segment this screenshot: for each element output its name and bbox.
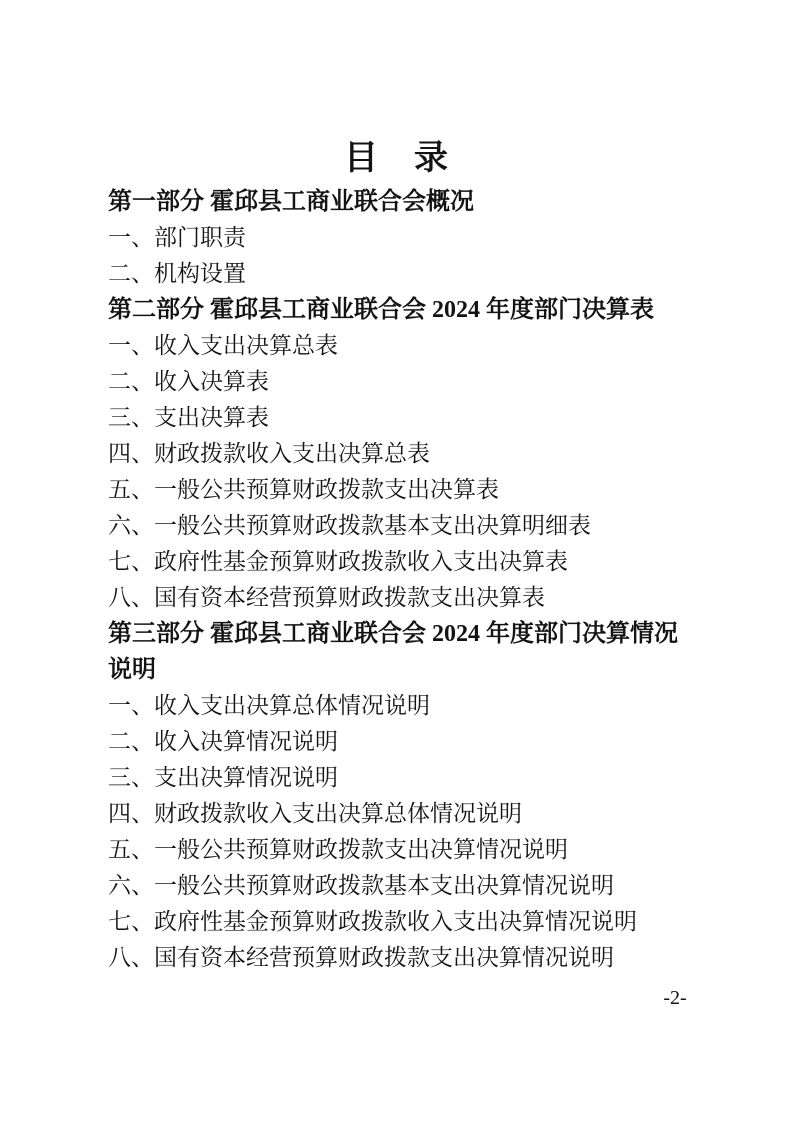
- toc-item: 三、支出决算情况说明: [108, 760, 768, 796]
- page-title: 目 录: [0, 136, 793, 182]
- toc-item: 七、政府性基金预算财政拨款收入支出决算情况说明: [108, 904, 768, 940]
- page-number: -2-: [640, 986, 710, 1010]
- toc-item: 一、收入支出决算总表: [108, 328, 768, 364]
- toc-item: 八、国有资本经营预算财政拨款支出决算表: [108, 580, 768, 616]
- toc-item: 七、政府性基金预算财政拨款收入支出决算表: [108, 544, 768, 580]
- toc-item: 五、一般公共预算财政拨款支出决算表: [108, 472, 768, 508]
- section-heading-part2: 第二部分 霍邱县工商业联合会 2024 年度部门决算表: [108, 292, 768, 328]
- toc-item: 五、一般公共预算财政拨款支出决算情况说明: [108, 832, 768, 868]
- section-heading-part3-line1: 第三部分 霍邱县工商业联合会 2024 年度部门决算情况: [108, 616, 768, 652]
- toc-item: 一、收入支出决算总体情况说明: [108, 688, 768, 724]
- toc-item: 二、机构设置: [108, 256, 768, 292]
- section-heading-part1: 第一部分 霍邱县工商业联合会概况: [108, 184, 768, 220]
- toc-item: 四、财政拨款收入支出决算总体情况说明: [108, 796, 768, 832]
- toc-item: 二、收入决算表: [108, 364, 768, 400]
- document-page: 目 录 第一部分 霍邱县工商业联合会概况 一、部门职责 二、机构设置 第二部分 …: [0, 0, 793, 1122]
- toc-item: 四、财政拨款收入支出决算总表: [108, 436, 768, 472]
- toc-item: 三、支出决算表: [108, 400, 768, 436]
- toc-item: 六、一般公共预算财政拨款基本支出决算情况说明: [108, 868, 768, 904]
- section-heading-part3-line2: 说明: [108, 652, 768, 688]
- toc-item: 一、部门职责: [108, 220, 768, 256]
- toc-item: 二、收入决算情况说明: [108, 724, 768, 760]
- table-of-contents: 第一部分 霍邱县工商业联合会概况 一、部门职责 二、机构设置 第二部分 霍邱县工…: [108, 184, 768, 976]
- toc-item: 八、国有资本经营预算财政拨款支出决算情况说明: [108, 940, 768, 976]
- toc-item: 六、一般公共预算财政拨款基本支出决算明细表: [108, 508, 768, 544]
